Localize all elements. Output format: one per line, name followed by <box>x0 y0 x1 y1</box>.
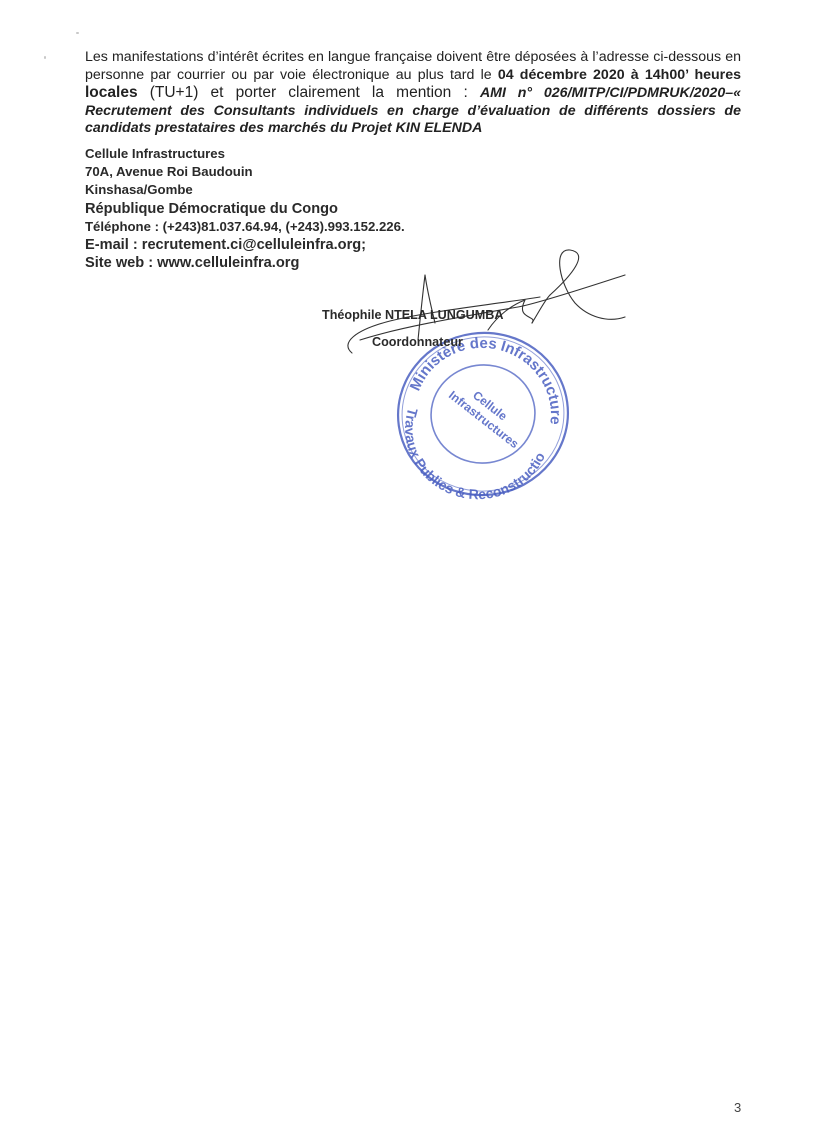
address-country: République Démocratique du Congo <box>85 200 405 218</box>
deadline-text: 04 décembre 2020 à 14h00’ heures <box>498 67 741 83</box>
address-city: Kinshasa/Gombe <box>85 181 405 199</box>
address-phone: Téléphone : (+243)81.037.64.94, (+243).9… <box>85 218 405 236</box>
locales-text: locales <box>85 84 138 101</box>
scan-speck <box>76 32 79 34</box>
after-deadline-text: (TU+1) et porter clairement la mention : <box>138 84 480 101</box>
page-number: 3 <box>734 1100 741 1115</box>
signatory-name: Théophile NTELA LUNGUMBA <box>322 308 503 322</box>
address-street: 70A, Avenue Roi Baudouin <box>85 163 405 181</box>
submission-paragraph: Les manifestations d’intérêt écrites en … <box>85 49 741 138</box>
address-organization: Cellule Infrastructures <box>85 145 405 163</box>
document-page: Les manifestations d’intérêt écrites en … <box>0 0 820 1125</box>
signatory-title: Coordonnateur <box>372 335 463 349</box>
scan-speck <box>44 56 46 59</box>
